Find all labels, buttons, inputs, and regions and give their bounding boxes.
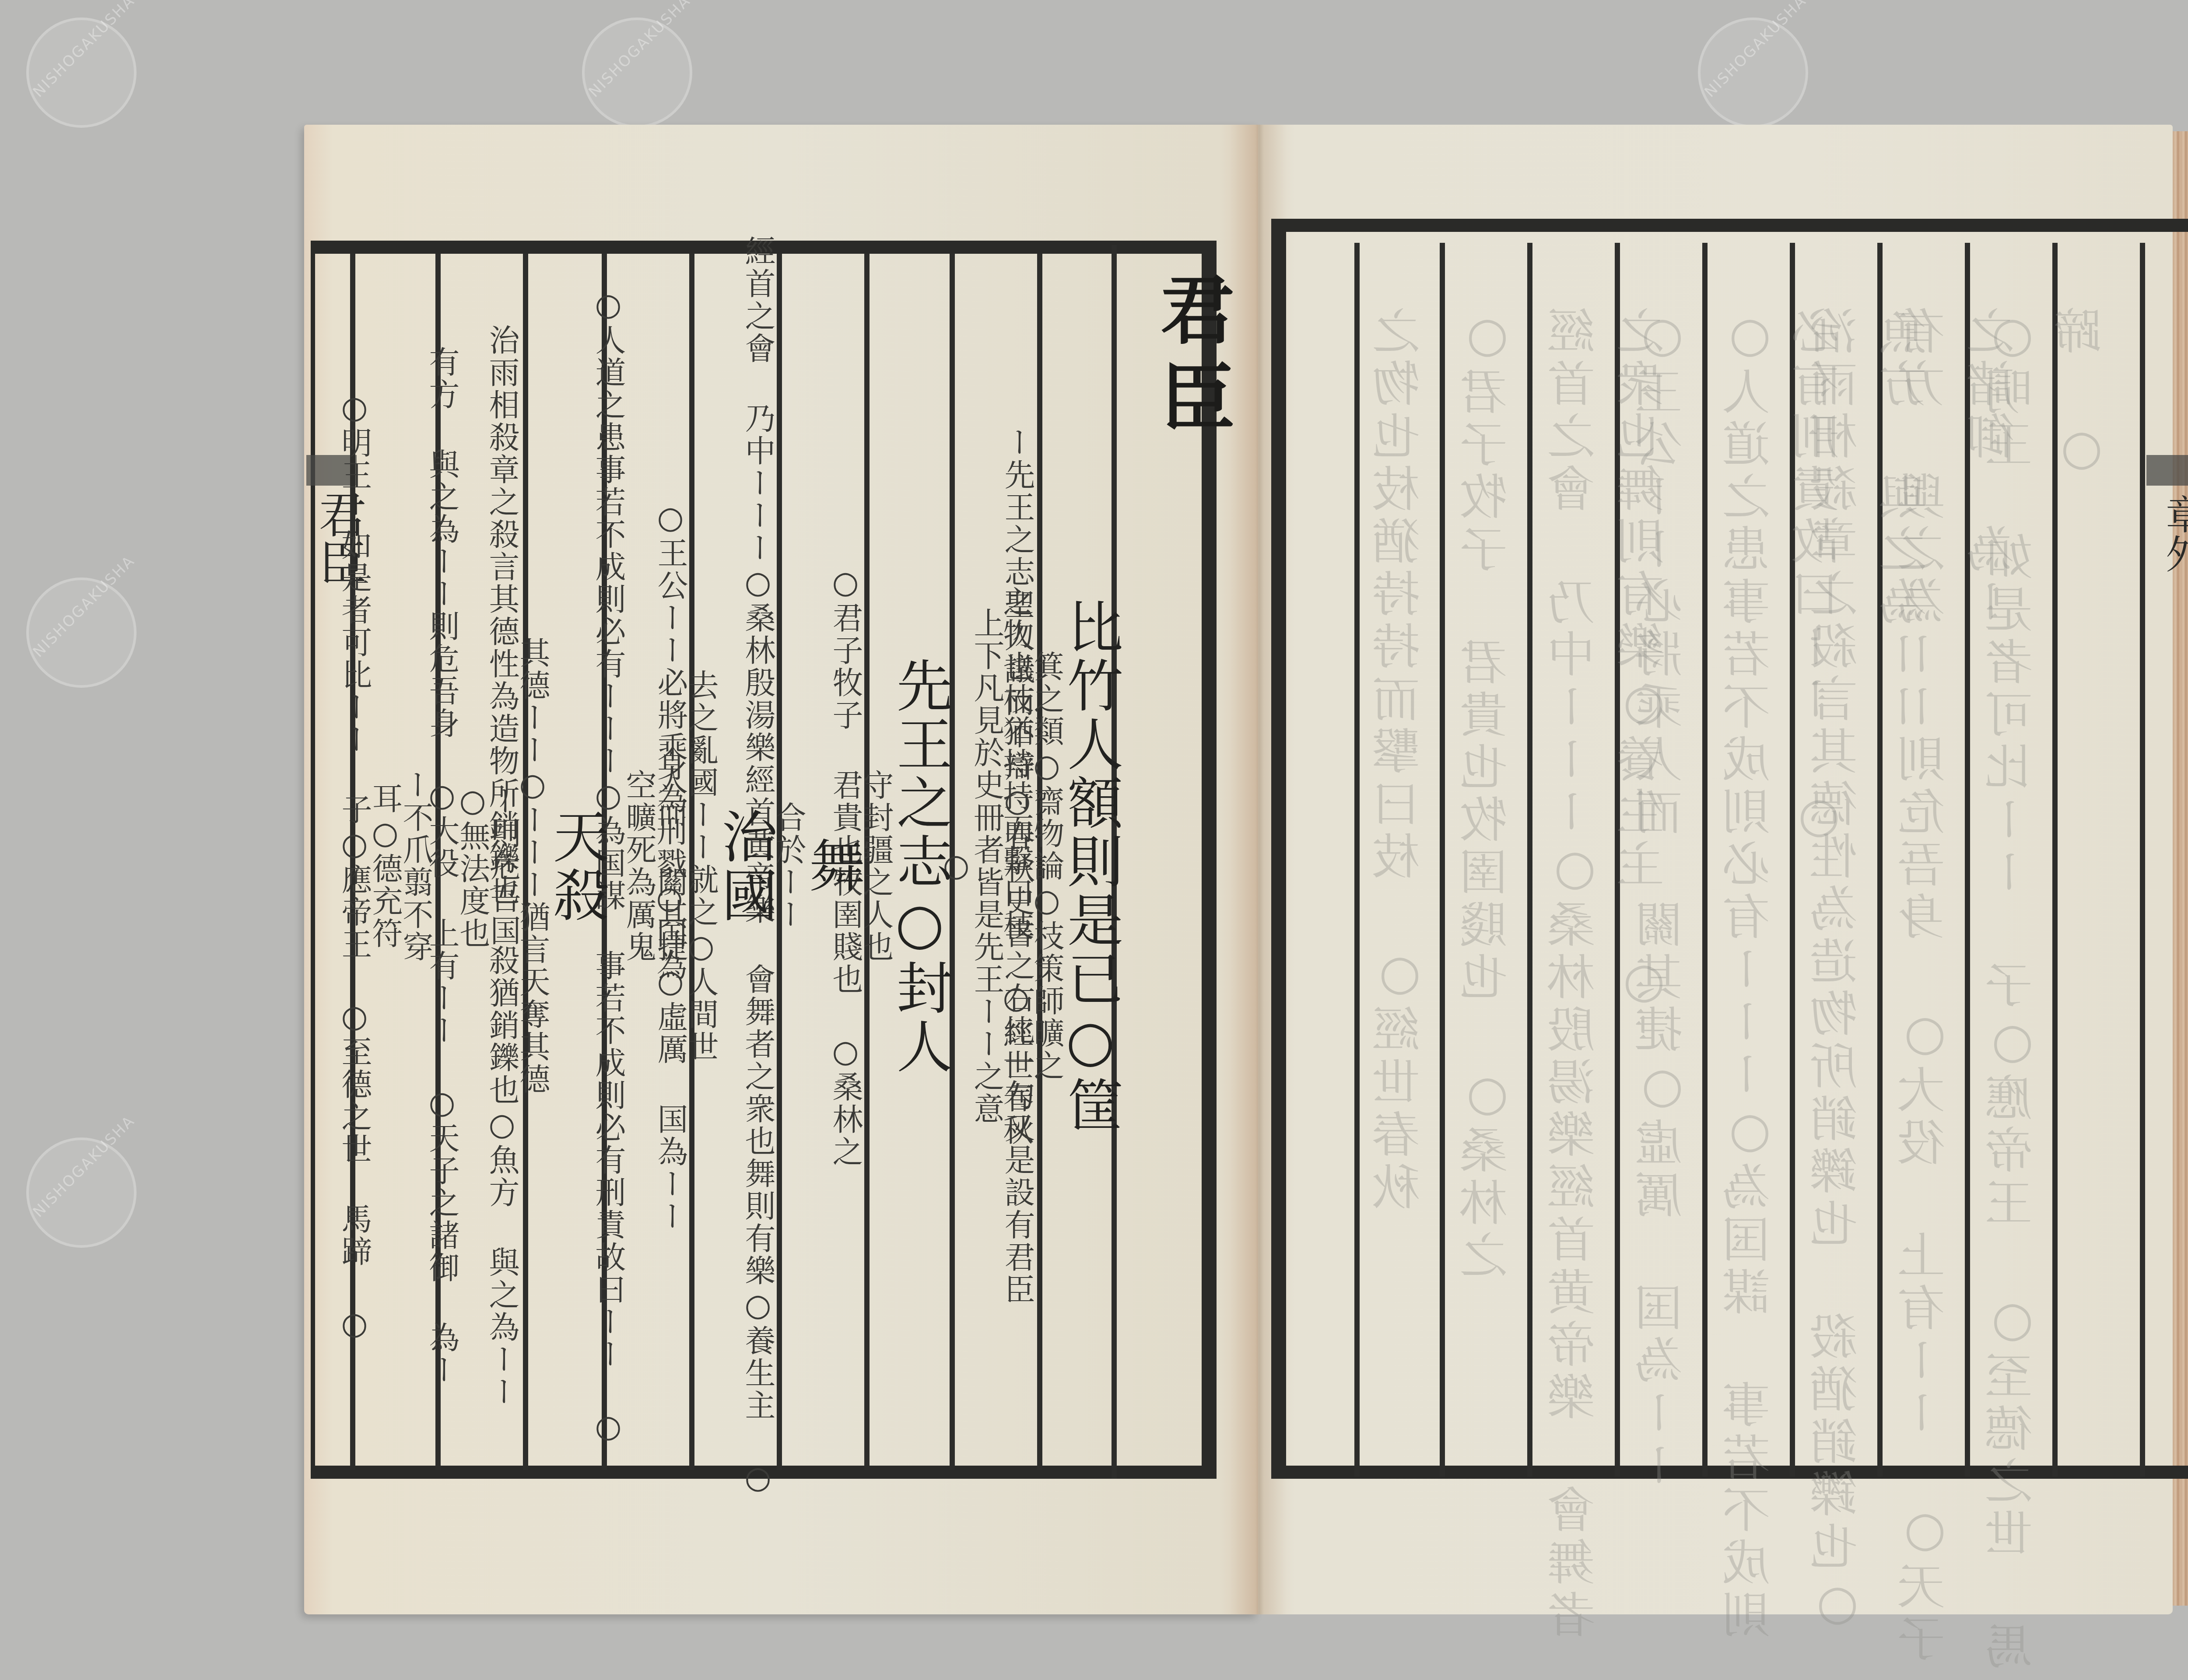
- nishogakusha-watermark-icon: NISHOGAKUSHA: [1698, 17, 1808, 128]
- bleed-through-text: ○王公ーー必將乘人而 關其捷○虛厲 国為ーー: [1628, 306, 1697, 1493]
- column-main-text: 舞: [804, 837, 860, 896]
- column-main-text: 比竹人額則是已○筐: [1062, 598, 1118, 1135]
- nishogakusha-watermark-icon: NISHOGAKUSHA: [582, 17, 692, 128]
- column-rule: [1527, 243, 1532, 1477]
- nishogakusha-watermark-icon: NISHOGAKUSHA: [26, 577, 137, 688]
- bleed-through-text: 之物也枝猶持持而擊曰枝 ○經世春秋: [1365, 306, 1434, 1214]
- column-main-text: 天殺: [548, 808, 604, 925]
- open-book-scan: NISHOGAKUSHA NISHOGAKUSHA NISHOGAKUSHA N…: [0, 0, 2188, 1680]
- text-column-1: 比竹人額則是已○筐 箕之類○齋物論○枝策師曠之 之物也枝猶持持而擊曰枝 ○經世春…: [1044, 262, 1118, 1470]
- column-main-text: ー先王之志聖人議而不辯○春秋史書之右比一句又是設有君臣: [1002, 427, 1033, 1306]
- text-column-4: 舞 合於ーー 經首之會 乃中ーーー○桑林殷湯樂經首黄帝樂 會舞者之衆也舞則有樂○…: [785, 262, 860, 1470]
- bleed-through-text: ○明王 如是者可比ーー 子○應帝王 ○至德之世 馬蹄 ○: [1978, 306, 2116, 1680]
- column-note-text: ○無法度也: [457, 783, 488, 950]
- text-column-6: 身為刑戮○国為 空曠死為厲鬼 ○人道之患事若不成則必有ーーー○為国謀 事若不成則…: [610, 262, 685, 1470]
- column-rule: [2140, 243, 2145, 1477]
- text-column-3: 先王之志○封人 守封疆之人也 ○君子牧子 君貴也牧圉賤也 ○桑林之: [873, 262, 947, 1470]
- text-column-9: ー不爪翦不穿 耳○德充符 ○明王 如是者可比ーー 子○應帝王 ○至德之世 馬蹄 …: [357, 262, 431, 1470]
- column-main-text: 治國: [716, 808, 772, 925]
- column-rule: [1702, 243, 1708, 1477]
- column-note-text: 合於ーー: [773, 801, 804, 931]
- text-column-8: ー則危吾国 ○無法度也 有方 與之為ーー則危吾身 ○大役 上有ーー ○天子之諸御…: [444, 262, 519, 1470]
- column-note-text: 耳○德充符: [370, 783, 400, 950]
- bleed-through-text: ○君子牧子 君貴也牧圉賤也 ○桑林之: [1453, 306, 1522, 1283]
- column-note-text: 去之亂國ーー就之○人間世: [686, 669, 716, 1063]
- text-column-5: 治國 去之亂國ーー就之○人間世 ○王公ーー必將乘人而 關其捷○虛厲 国為ーー: [698, 262, 772, 1470]
- entry-heading: 君臣: [1138, 271, 1245, 446]
- column-main-text: ー則危吾国: [488, 785, 519, 947]
- right-margin-tab-band: [2146, 455, 2188, 486]
- column-note-text: 空曠死為厲鬼: [624, 769, 654, 963]
- column-main-text: 身為刑戮○国為: [654, 750, 685, 982]
- text-column-7: 天殺 其德ーー○ーーー猶言天奪其德 治雨相殺章之殺言其德性為造物所銷鑠也 殺猶銷…: [529, 262, 604, 1470]
- column-note-text: 其德ーー○ーーー猶言天奪其德: [517, 637, 548, 1095]
- column-note-text: 守封疆之人也: [861, 769, 891, 963]
- column-main-text: 先王之志○封人: [891, 657, 947, 1076]
- column-rule: [1440, 243, 1445, 1477]
- text-column-2: ー先王之志聖人議而不辯○春秋史書之右比一句又是設有君臣 上下凡見於史冊者皆是先王…: [958, 262, 1033, 1470]
- column-tail-text: ○明王 如是者可比ーー 子○應帝王 ○至德之世 馬蹄 ○: [339, 389, 370, 1343]
- right-margin-tab-label: 章外: [2153, 494, 2188, 573]
- nishogakusha-watermark-icon: NISHOGAKUSHA: [26, 17, 137, 128]
- column-note-text: 箕之類○齋物論○枝策師曠之: [1031, 651, 1062, 1082]
- column-rule: [1354, 243, 1360, 1477]
- column-main-text: ー不爪翦不穿: [400, 769, 431, 963]
- nishogakusha-watermark-icon: NISHOGAKUSHA: [26, 1137, 137, 1248]
- column-note-text: 上下凡見於史冊者皆是先王ーー之意: [971, 607, 1002, 1125]
